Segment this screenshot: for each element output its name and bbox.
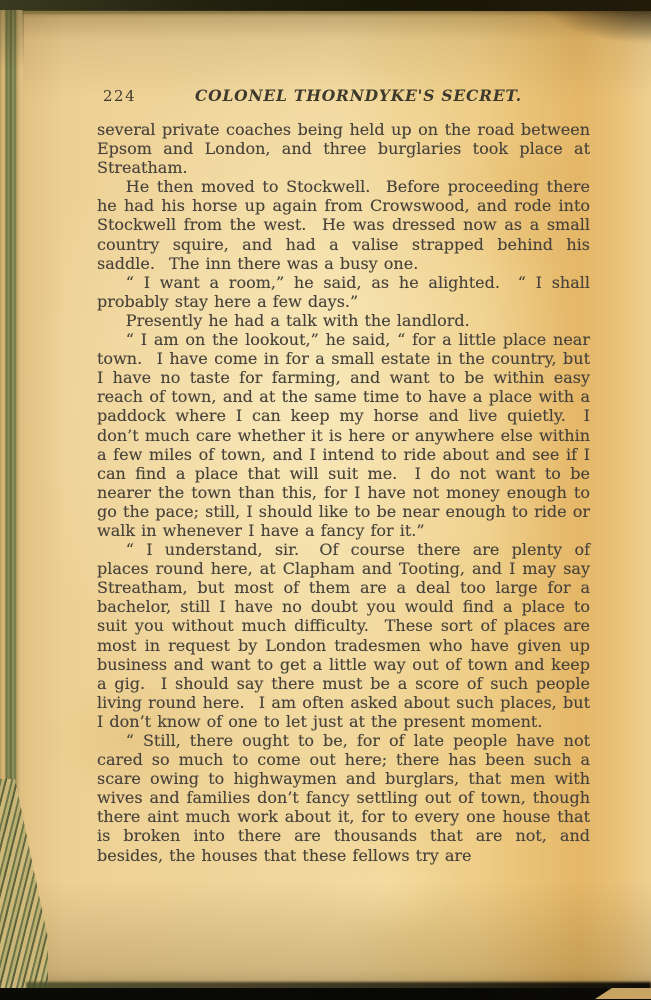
- bottom-edge: [0, 988, 651, 1000]
- page-header: 224 COLONEL THORNDYKE'S SECRET.: [97, 86, 590, 108]
- paragraph: “ I understand, sir. Of course there are…: [97, 540, 590, 731]
- paragraph: “ I am on the lookout,” he said, “ for a…: [97, 330, 590, 540]
- paragraph: He then moved to Stockwell. Before proce…: [97, 177, 590, 272]
- paragraph: several private coaches being held up on…: [97, 120, 590, 177]
- running-title: COLONEL THORNDYKE'S SECRET.: [127, 86, 590, 105]
- paragraph: “ Still, there ought to be, for of late …: [97, 731, 590, 865]
- paragraph: “ I want a room,” he said, as he alighte…: [97, 273, 590, 311]
- paragraph: Presently he had a talk with the landlor…: [97, 311, 590, 330]
- book-page-scan: 224 COLONEL THORNDYKE'S SECRET. several …: [0, 0, 651, 1000]
- top-edge-highlight: [0, 11, 470, 14]
- page-body: several private coaches being held up on…: [97, 120, 590, 865]
- top-edge: [0, 0, 651, 11]
